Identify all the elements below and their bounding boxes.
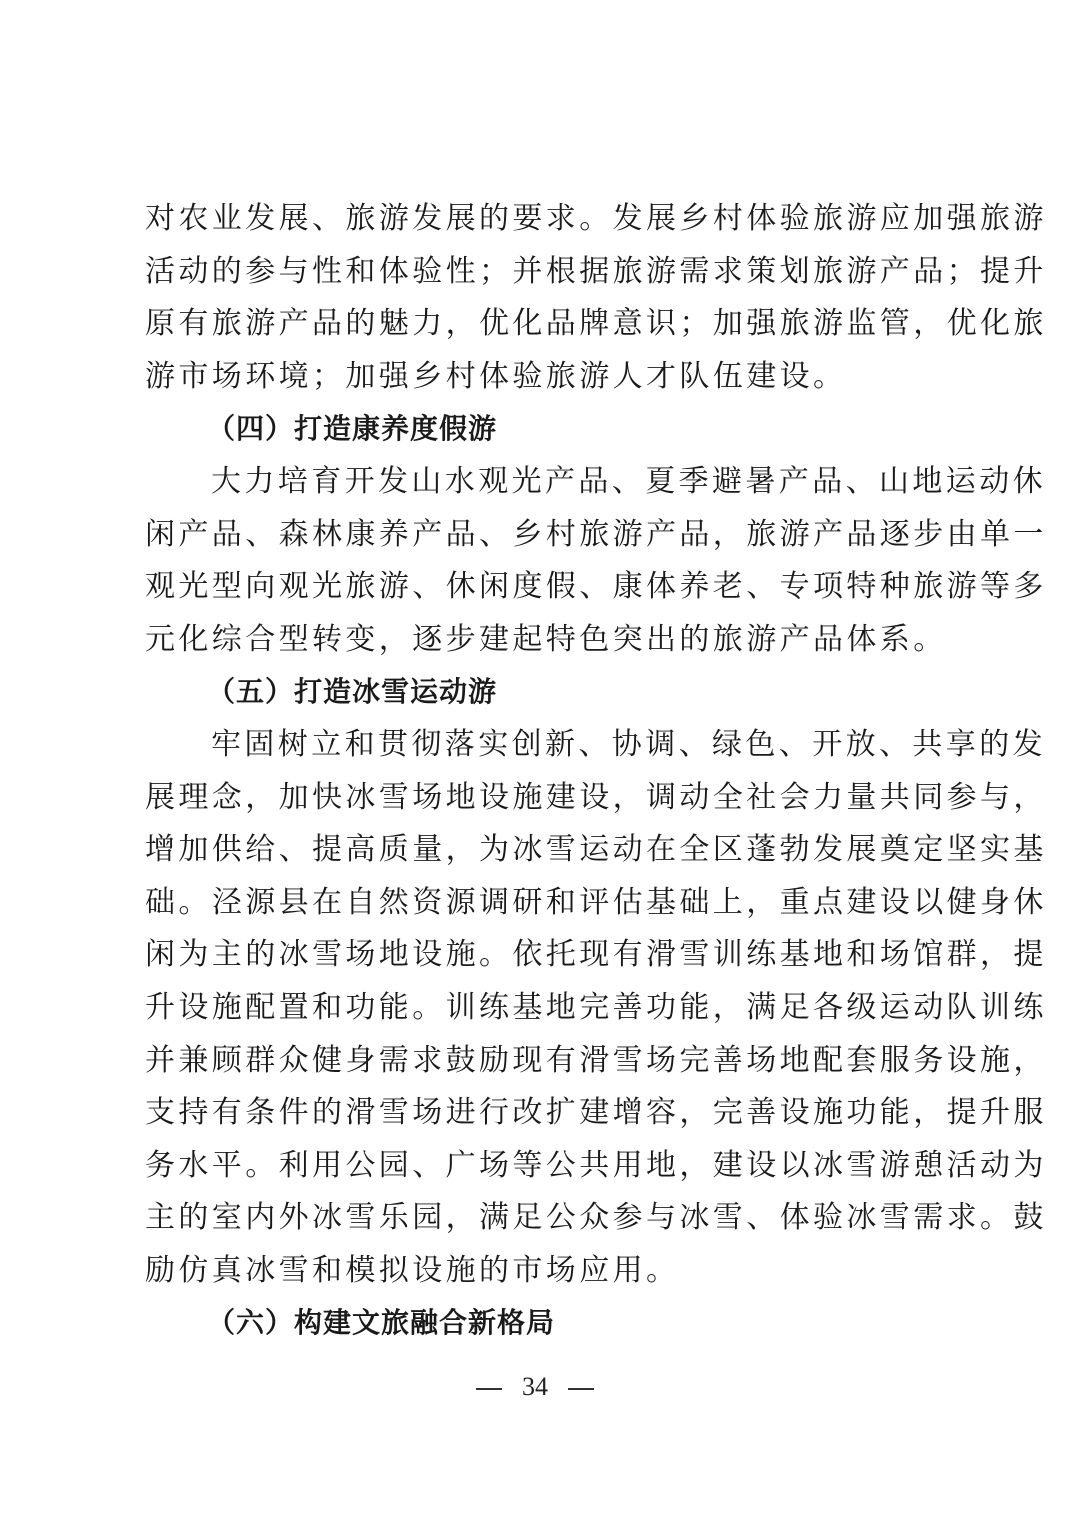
paragraph-line: 础。泾源县在自然资源调研和评估基础上，重点建设以健身休 — [145, 877, 937, 930]
paragraph-line: 对农业发展、旅游发展的要求。发展乡村体验旅游应加强旅游 — [145, 193, 937, 246]
section-heading-6: （六）构建文旅融合新格局 — [145, 1297, 937, 1350]
footer-dash-left — [476, 1388, 502, 1390]
paragraph-line: 闲产品、森林康养产品、乡村旅游产品，旅游产品逐步由单一 — [145, 509, 937, 562]
document-page: 对农业发展、旅游发展的要求。发展乡村体验旅游应加强旅游 活动的参与性和体验性；并… — [0, 0, 1070, 1515]
paragraph-line: 增加供给、提高质量，为冰雪运动在全区蓬勃发展奠定坚实基 — [145, 824, 937, 877]
paragraph-line: 大力培育开发山水观光产品、夏季避暑产品、山地运动休 — [145, 456, 937, 509]
paragraph-line: 并兼顾群众健身需求鼓励现有滑雪场完善场地配套服务设施， — [145, 1035, 937, 1088]
paragraph-line: 主的室内外冰雪乐园，满足公众参与冰雪、体验冰雪需求。鼓 — [145, 1192, 937, 1245]
paragraph-line: 牢固树立和贯彻落实创新、协调、绿色、开放、共享的发 — [145, 719, 937, 772]
paragraph-line: 游市场环境；加强乡村体验旅游人才队伍建设。 — [145, 351, 937, 404]
paragraph-line: 原有旅游产品的魅力，优化品牌意识；加强旅游监管，优化旅 — [145, 298, 937, 351]
paragraph-line: 观光型向观光旅游、休闲度假、康体养老、专项特种旅游等多 — [145, 561, 937, 614]
paragraph-line: 励仿真冰雪和模拟设施的市场应用。 — [145, 1245, 937, 1298]
paragraph-line: 升设施配置和功能。训练基地完善功能，满足各级运动队训练 — [145, 982, 937, 1035]
document-body: 对农业发展、旅游发展的要求。发展乡村体验旅游应加强旅游 活动的参与性和体验性；并… — [145, 193, 937, 1350]
paragraph-line: 务水平。利用公园、广场等公共用地，建设以冰雪游憩活动为 — [145, 1140, 937, 1193]
paragraph-line: 元化综合型转变，逐步建起特色突出的旅游产品体系。 — [145, 614, 937, 667]
paragraph-line: 活动的参与性和体验性；并根据旅游需求策划旅游产品；提升 — [145, 246, 937, 299]
page-number: 34 — [522, 1372, 548, 1401]
section-heading-5: （五）打造冰雪运动游 — [145, 666, 937, 719]
section-heading-4: （四）打造康养度假游 — [145, 403, 937, 456]
paragraph-line: 展理念，加快冰雪场地设施建设，调动全社会力量共同参与， — [145, 772, 937, 825]
footer-dash-right — [568, 1388, 594, 1390]
page-footer: 34 — [0, 1372, 1070, 1402]
paragraph-line: 支持有条件的滑雪场进行改扩建增容，完善设施功能，提升服 — [145, 1087, 937, 1140]
paragraph-line: 闲为主的冰雪场地设施。依托现有滑雪训练基地和场馆群，提 — [145, 929, 937, 982]
